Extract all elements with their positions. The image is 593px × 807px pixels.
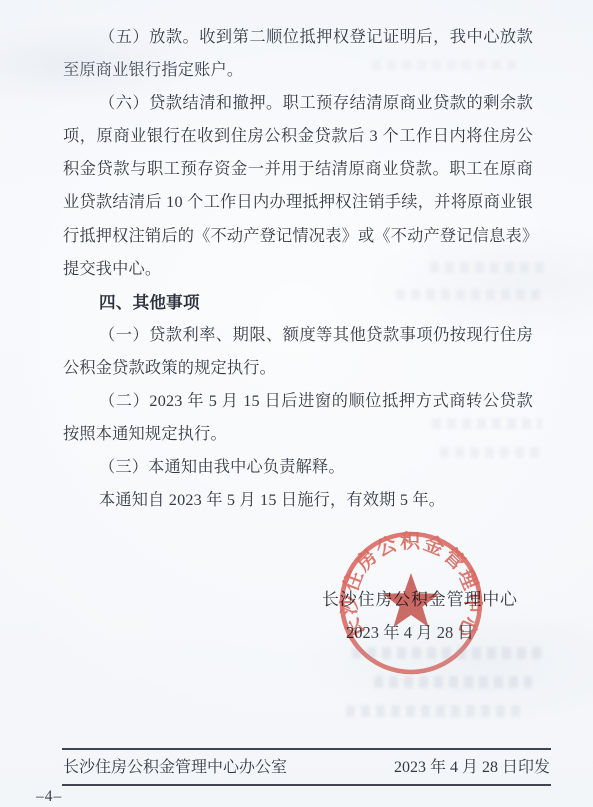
document-body: （五）放款。收到第二顺位抵押权登记证明后，我中心放款至原商业银行指定账户。（六）… [63,21,533,517]
footer-office: 长沙住房公积金管理中心办公室 [63,757,287,779]
body-line: 提交我中心。 [63,253,533,286]
body-line: 至原商业银行指定账户。 [63,54,533,87]
body-line: （一）贷款利率、期限、额度等其他贷款事项仍按现行住房 [63,319,533,352]
body-line: 按照本通知规定执行。 [63,418,533,451]
section-heading: 四、其他事项 [63,286,533,319]
body-line: （六）贷款结清和撤押。职工预存结清原商业贷款的剩余款 [63,87,533,120]
body-line: 公积金贷款政策的规定执行。 [63,352,533,385]
body-line: 项，原商业银行在收到住房公积金贷款后 3 个工作日内将住房公 [63,120,533,153]
bleed-through-smudge [346,705,524,717]
body-line: 业贷款结清后 10 个工作日内办理抵押权注销手续，并将原商业银 [63,186,533,219]
seal-star-icon [383,573,440,627]
page-number: –4– [36,788,62,806]
body-line: （二）2023 年 5 月 15 日后进窗的顺位抵押方式商转公贷款 [63,385,533,418]
body-line: （三）本通知由我中心负责解释。 [63,451,533,484]
body-line: （五）放款。收到第二顺位抵押权登记证明后，我中心放款 [63,21,533,54]
scanned-document-page: （五）放款。收到第二顺位抵押权登记证明后，我中心放款至原商业银行指定账户。（六）… [0,0,593,807]
footer-issue-date: 2023 年 4 月 28 日印发 [394,757,550,779]
footer-rule-bottom [62,784,551,786]
body-line: 本通知自 2023 年 5 月 15 日施行，有效期 5 年。 [63,484,533,517]
body-line: 行抵押权注销后的《不动产登记情况表》或《不动产登记信息表》 [63,220,533,253]
body-line: 积金贷款与职工预存资金一并用于结清原商业贷款。职工在原商 [63,153,533,186]
official-seal: 长沙住房公积金管理中心 [337,527,485,679]
footer-rule-top [62,748,551,750]
